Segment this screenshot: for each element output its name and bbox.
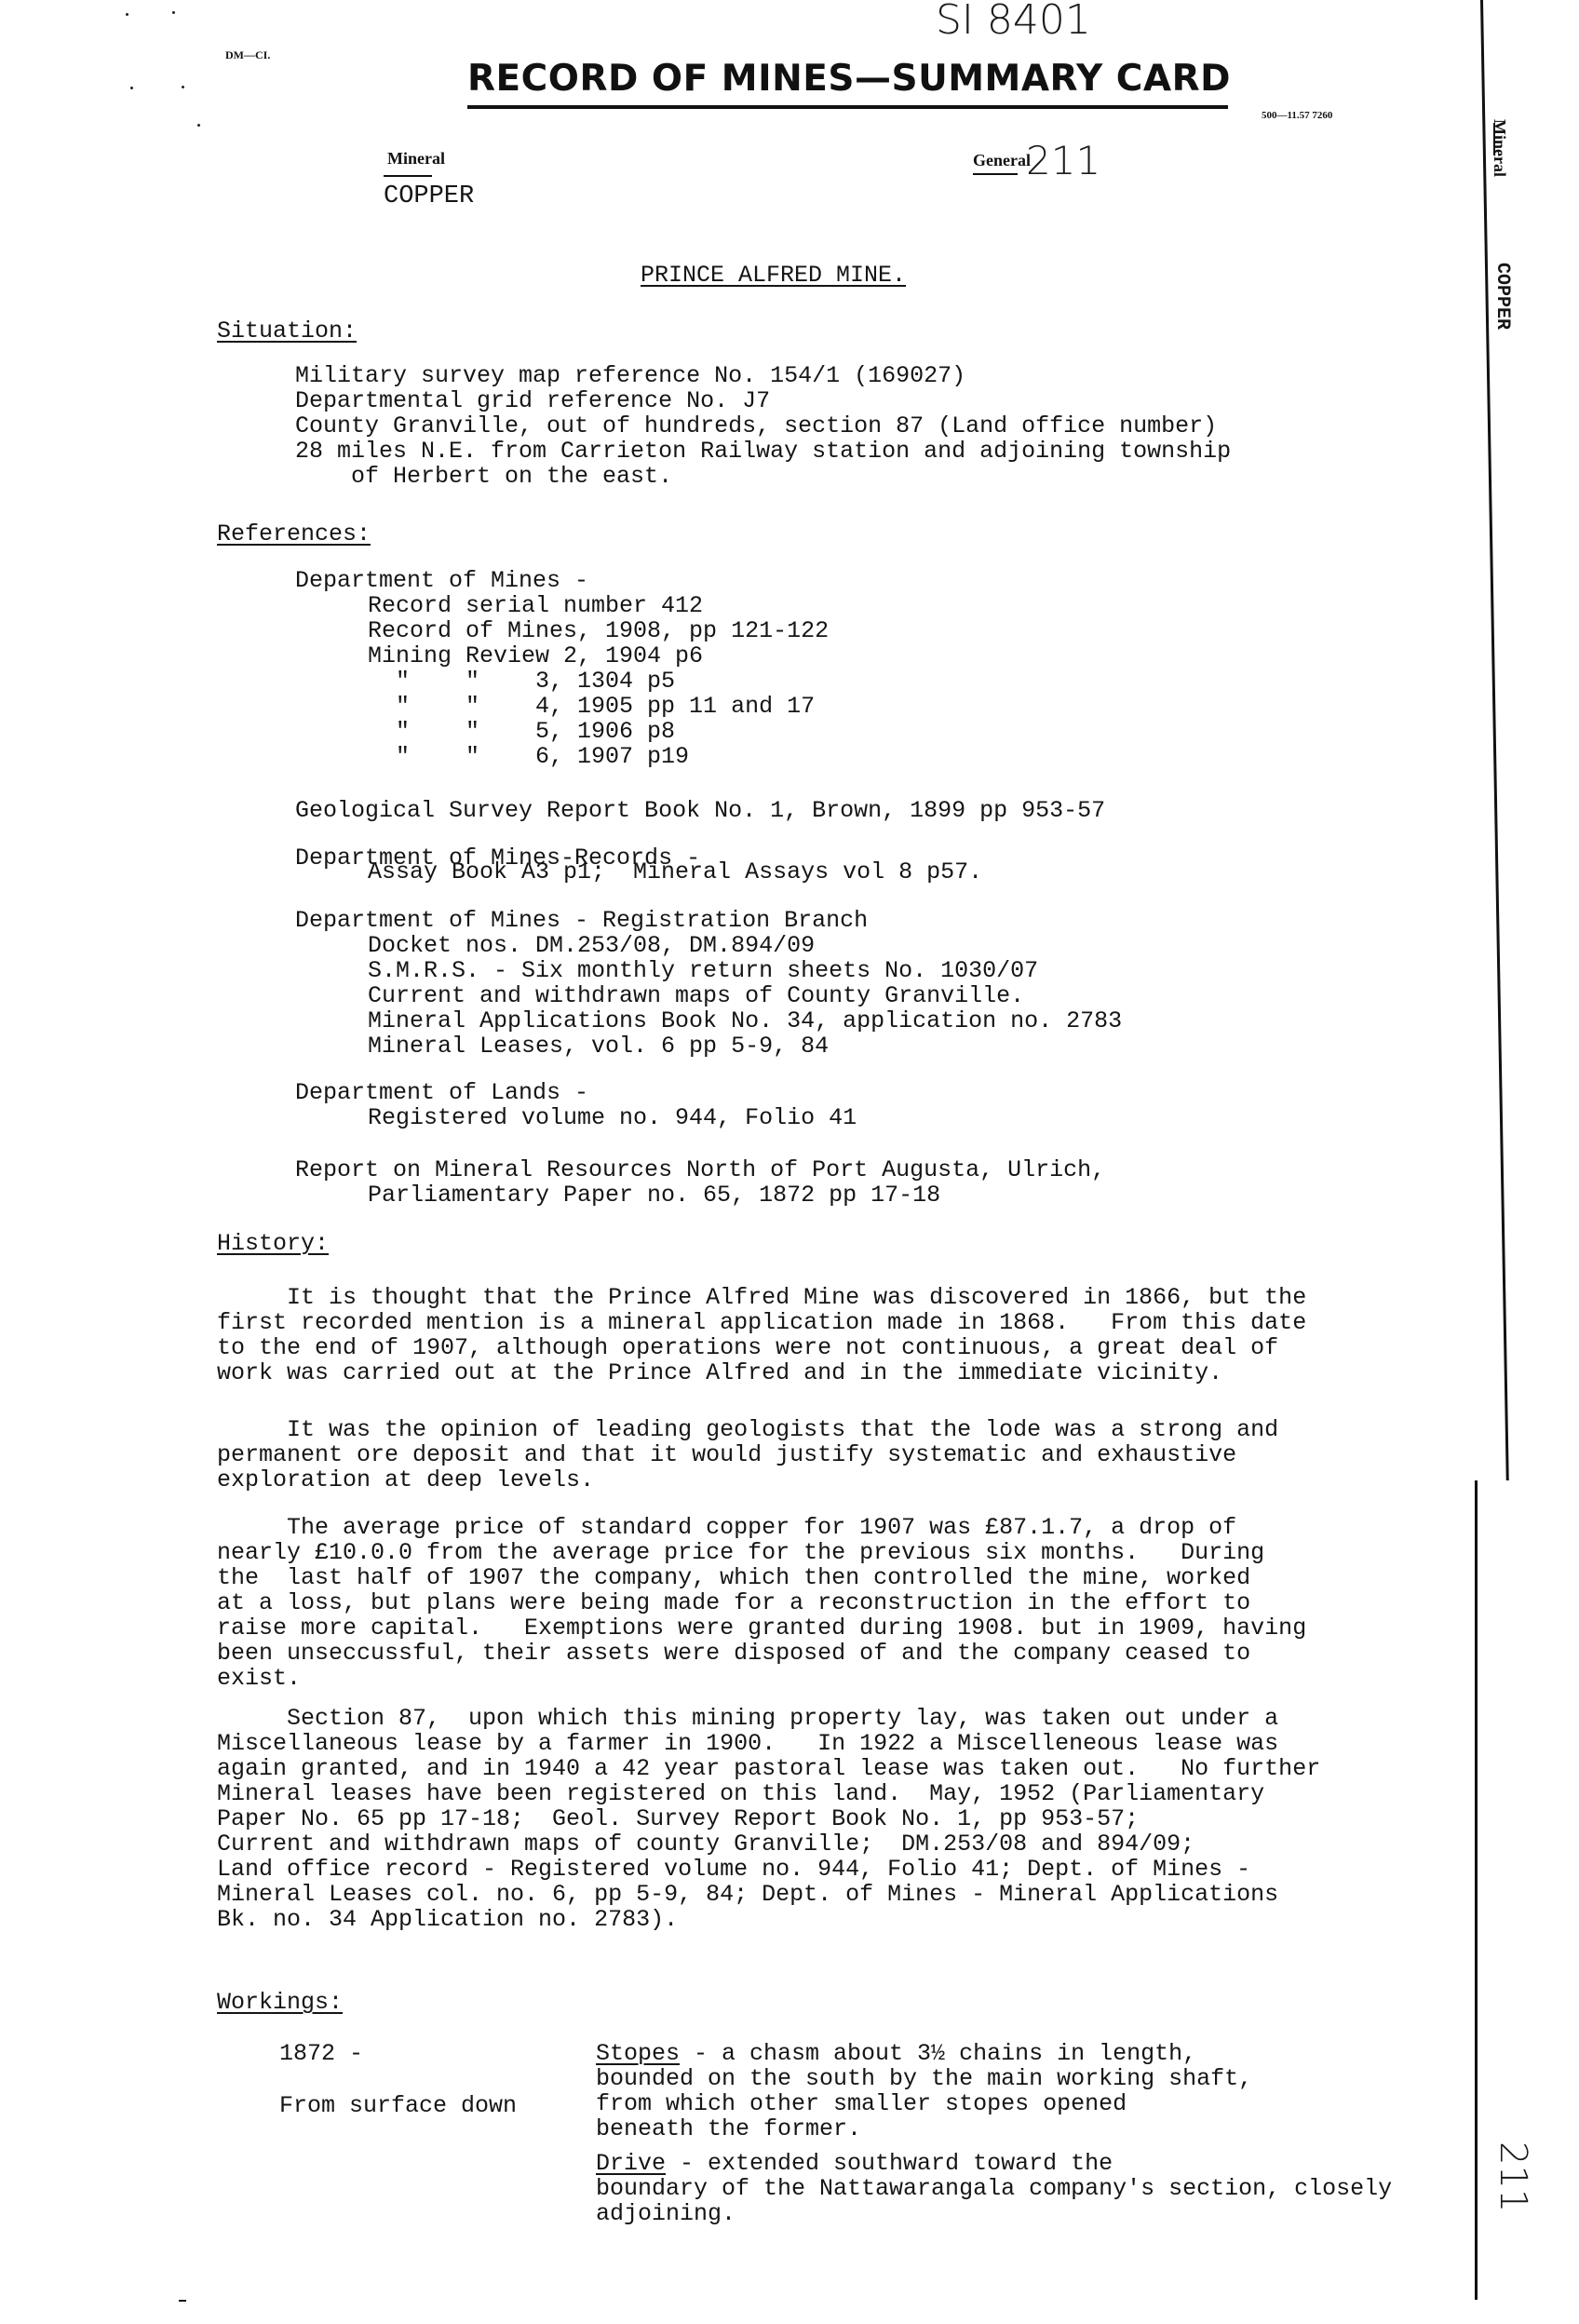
- title-underline: [467, 105, 1228, 109]
- workings-term: Stopes: [596, 2040, 680, 2067]
- margin-divider-line: [1480, 0, 1509, 1480]
- history-line: to the end of 1907, although operations …: [217, 1335, 1306, 1360]
- history-line: work was carried out at the Prince Alfre…: [217, 1360, 1306, 1385]
- history-line: raise more capital. Exemptions were gran…: [217, 1615, 1306, 1641]
- references-heading: References:: [217, 521, 371, 547]
- scan-speck: [130, 87, 133, 89]
- reference-group-title: Department of Lands -: [295, 1080, 857, 1105]
- reference-item: Docket nos. DM.253/08, DM.894/09: [368, 933, 1122, 958]
- mineral-label: Mineral: [387, 149, 445, 169]
- workings-entry-drive: Drive - extended southward toward the bo…: [596, 2151, 1392, 2226]
- history-line: Bk. no. 34 Application no. 2783).: [217, 1907, 1320, 1932]
- history-paragraph: Section 87, upon which this mining prope…: [217, 1706, 1320, 1932]
- scan-speck: [126, 13, 128, 16]
- history-line: Paper No. 65 pp 17-18; Geol. Survey Repo…: [217, 1806, 1320, 1831]
- history-line: at a loss, but plans were being made for…: [217, 1590, 1306, 1615]
- workings-description: bounded on the south by the main working…: [596, 2066, 1252, 2091]
- reference-item: Mining Review 2, 1904 p6: [368, 643, 829, 669]
- form-prefix: DM—CI.: [225, 48, 270, 62]
- history-heading: History:: [217, 1231, 329, 1256]
- workings-depth: From surface down: [279, 2093, 517, 2118]
- scan-speck: [197, 124, 200, 127]
- situation-line: 28 miles N.E. from Carrieton Railway sta…: [295, 439, 1231, 464]
- general-label: General: [973, 151, 1031, 170]
- workings-description: beneath the former.: [596, 2116, 1252, 2142]
- mineral-label-underline: [384, 175, 432, 177]
- form-code: 500—11.57 7260: [1262, 110, 1332, 121]
- workings-term: Drive: [596, 2150, 666, 2177]
- workings-date: 1872 -: [279, 2041, 363, 2066]
- history-line: again granted, and in 1940 a 42 year pas…: [217, 1756, 1320, 1781]
- history-line: nearly £10.0.0 from the average price fo…: [217, 1540, 1306, 1565]
- reference-group-title: Department of Mines -: [295, 568, 829, 593]
- reference-group-title: Report on Mineral Resources North of Por…: [295, 1157, 1105, 1182]
- history-line: the last half of 1907 the company, which…: [217, 1565, 1306, 1590]
- reference-item: Mineral Applications Book No. 34, applic…: [368, 1008, 1122, 1034]
- history-line: first recorded mention is a mineral appl…: [217, 1310, 1306, 1335]
- situation-line: Departmental grid reference No. J7: [295, 388, 1231, 413]
- reference-item: Parliamentary Paper no. 65, 1872 pp 17-1…: [295, 1182, 1105, 1208]
- mineral-value: COPPER: [384, 184, 474, 209]
- scan-speck: [172, 11, 175, 14]
- history-line: It was the opinion of leading geologists…: [217, 1417, 1278, 1442]
- card-title: RECORD OF MINES—SUMMARY CARD: [467, 58, 1231, 100]
- reference-group-registration-branch: Department of Mines - Registration Branc…: [295, 908, 1122, 1059]
- reference-group-dept-lands: Department of Lands - Registered volume …: [295, 1080, 857, 1130]
- reference-group-dept-mines: Department of Mines - Record serial numb…: [295, 568, 829, 769]
- scan-speck: [182, 86, 184, 88]
- history-line: It is thought that the Prince Alfred Min…: [217, 1285, 1306, 1310]
- history-line: been unseccussful, their assets were dis…: [217, 1641, 1306, 1666]
- workings-entry-stopes: Stopes - a chasm about 3½ chains in leng…: [596, 2041, 1252, 2142]
- history-line: Miscellaneous lease by a farmer in 1900.…: [217, 1731, 1320, 1756]
- reference-item: Record of Mines, 1908, pp 121-122: [368, 618, 829, 643]
- history-line: Mineral Leases col. no. 6, pp 5-9, 84; D…: [217, 1882, 1320, 1907]
- situation-block: Military survey map reference No. 154/1 …: [295, 363, 1231, 489]
- mine-name: PRINCE ALFRED MINE.: [641, 263, 906, 288]
- situation-line: of Herbert on the east.: [295, 464, 1231, 489]
- workings-description: from which other smaller stopes opened: [596, 2091, 1252, 2116]
- history-line: Section 87, upon which this mining prope…: [217, 1706, 1320, 1731]
- history-paragraph: It is thought that the Prince Alfred Min…: [217, 1285, 1306, 1385]
- history-line: permanent ore deposit and that it would …: [217, 1442, 1278, 1467]
- reference-item: Assay Book A3 p1; Mineral Assays vol 8 p…: [295, 859, 982, 885]
- history-paragraph: The average price of standard copper for…: [217, 1515, 1306, 1691]
- margin-mineral-value: COPPER: [1490, 263, 1515, 330]
- reference-item: Current and withdrawn maps of County Gra…: [368, 983, 1122, 1008]
- general-number: 211: [1026, 138, 1100, 183]
- reference-item: " " 6, 1907 p19: [368, 744, 829, 769]
- handwritten-reference: SI 8401: [936, 0, 1091, 44]
- history-line: Current and withdrawn maps of county Gra…: [217, 1831, 1320, 1857]
- reference-group-dept-mines-records: Department of Mines-Records - Assay Book…: [295, 845, 982, 885]
- reference-item: Record serial number 412: [368, 593, 829, 618]
- situation-heading: Situation:: [217, 318, 357, 344]
- workings-description: - extended southward toward the: [666, 2150, 1113, 2177]
- margin-divider-line: [1475, 1480, 1478, 2300]
- workings-description: boundary of the Nattawarangala company's…: [596, 2176, 1392, 2201]
- workings-description: adjoining.: [596, 2201, 1392, 2226]
- situation-line: Military survey map reference No. 154/1 …: [295, 363, 1231, 388]
- situation-line: County Granville, out of hundreds, secti…: [295, 413, 1231, 439]
- general-label-underline: [973, 173, 1018, 175]
- history-line: Mineral leases have been registered on t…: [217, 1781, 1320, 1806]
- scan-mark: [179, 2300, 186, 2302]
- reference-group-mineral-resources-report: Report on Mineral Resources North of Por…: [295, 1157, 1105, 1208]
- reference-item: S.M.R.S. - Six monthly return sheets No.…: [368, 958, 1122, 983]
- reference-item: Mineral Leases, vol. 6 pp 5-9, 84: [368, 1034, 1122, 1059]
- margin-mineral-label: Mineral: [1490, 119, 1509, 177]
- margin-card-number: 211: [1491, 2142, 1534, 2212]
- reference-item: " " 5, 1906 p8: [368, 719, 829, 744]
- reference-item: " " 4, 1905 pp 11 and 17: [368, 694, 829, 719]
- workings-heading: Workings:: [217, 1990, 343, 2015]
- history-line: The average price of standard copper for…: [217, 1515, 1306, 1540]
- reference-item: " " 3, 1304 p5: [368, 669, 829, 694]
- workings-description: - a chasm about 3½ chains in length,: [680, 2040, 1196, 2067]
- history-paragraph: It was the opinion of leading geologists…: [217, 1417, 1278, 1493]
- history-line: exist.: [217, 1666, 1306, 1691]
- history-line: exploration at deep levels.: [217, 1467, 1278, 1493]
- reference-item: Registered volume no. 944, Folio 41: [295, 1105, 857, 1130]
- reference-group-title: Department of Mines - Registration Branc…: [295, 908, 1122, 933]
- reference-group-geological-survey: Geological Survey Report Book No. 1, Bro…: [295, 798, 1105, 823]
- history-line: Land office record - Registered volume n…: [217, 1857, 1320, 1882]
